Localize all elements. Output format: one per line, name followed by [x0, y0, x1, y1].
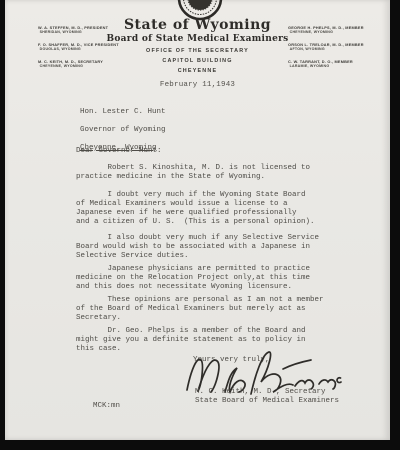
officer-entry-secretary: M. C. KEITH, M. D., SECRETARY CHEYENNE, …: [38, 60, 165, 69]
recipient-name: Hon. Lester C. Hunt: [80, 108, 166, 116]
salutation: Dear Governor Hunt:: [76, 147, 162, 156]
officer-city: AFTON, WYOMING: [288, 47, 390, 51]
paragraph-selective-service: I also doubt very much if any Selective …: [76, 234, 334, 261]
officer-entry-member-3: C. W. TARRANT, D. O., MEMBER LARAMIE, WY…: [288, 60, 390, 69]
officer-city: SHERIDAN, WYOMING: [38, 30, 165, 34]
officer-entry-member-2: ORSON L. TRELOAR, M. D., MEMBER AFTON, W…: [288, 43, 390, 52]
officer-city: LARAMIE, WYOMING: [288, 64, 390, 68]
officer-city: DOUGLAS, WYOMING: [38, 47, 165, 51]
recipient-title: Governor of Wyoming: [80, 126, 166, 134]
letter-date: February 11,1943: [5, 81, 390, 89]
officer-entry-member-1: GEORGE H. PHELPS, M. D., MEMBER CHEYENNE…: [288, 26, 390, 35]
paragraph-board-opinion: I doubt very much if the Wyoming State B…: [76, 191, 334, 227]
typist-initials: MCK:mn: [93, 402, 120, 411]
officer-entry-president: W. A. STEFFEN, M. D., PRESIDENT SHERIDAN…: [38, 26, 165, 35]
officer-entry-vice-president: F. O. SHAFFER, M. D., VICE PRESIDENT DOU…: [38, 43, 165, 52]
scanned-letter-viewport: State of Wyoming Board of State Medical …: [0, 0, 400, 450]
paragraph-personal-opinions: These opinions are personal as I am not …: [76, 296, 334, 323]
paragraph-relocation-project: Japanese physicians are permitted to pra…: [76, 265, 334, 292]
paragraph-licensure: Robert S. Kinoshita, M. D. is not licens…: [76, 164, 334, 182]
officer-city: CHEYENNE, WYOMING: [288, 30, 390, 34]
officer-city: CHEYENNE, WYOMING: [38, 64, 165, 68]
letter-page: State of Wyoming Board of State Medical …: [5, 0, 390, 440]
signer-org-line: State Board of Medical Examiners: [195, 397, 339, 406]
signer-name-line: M. C. Keith, M. D., Secretary: [195, 388, 326, 397]
